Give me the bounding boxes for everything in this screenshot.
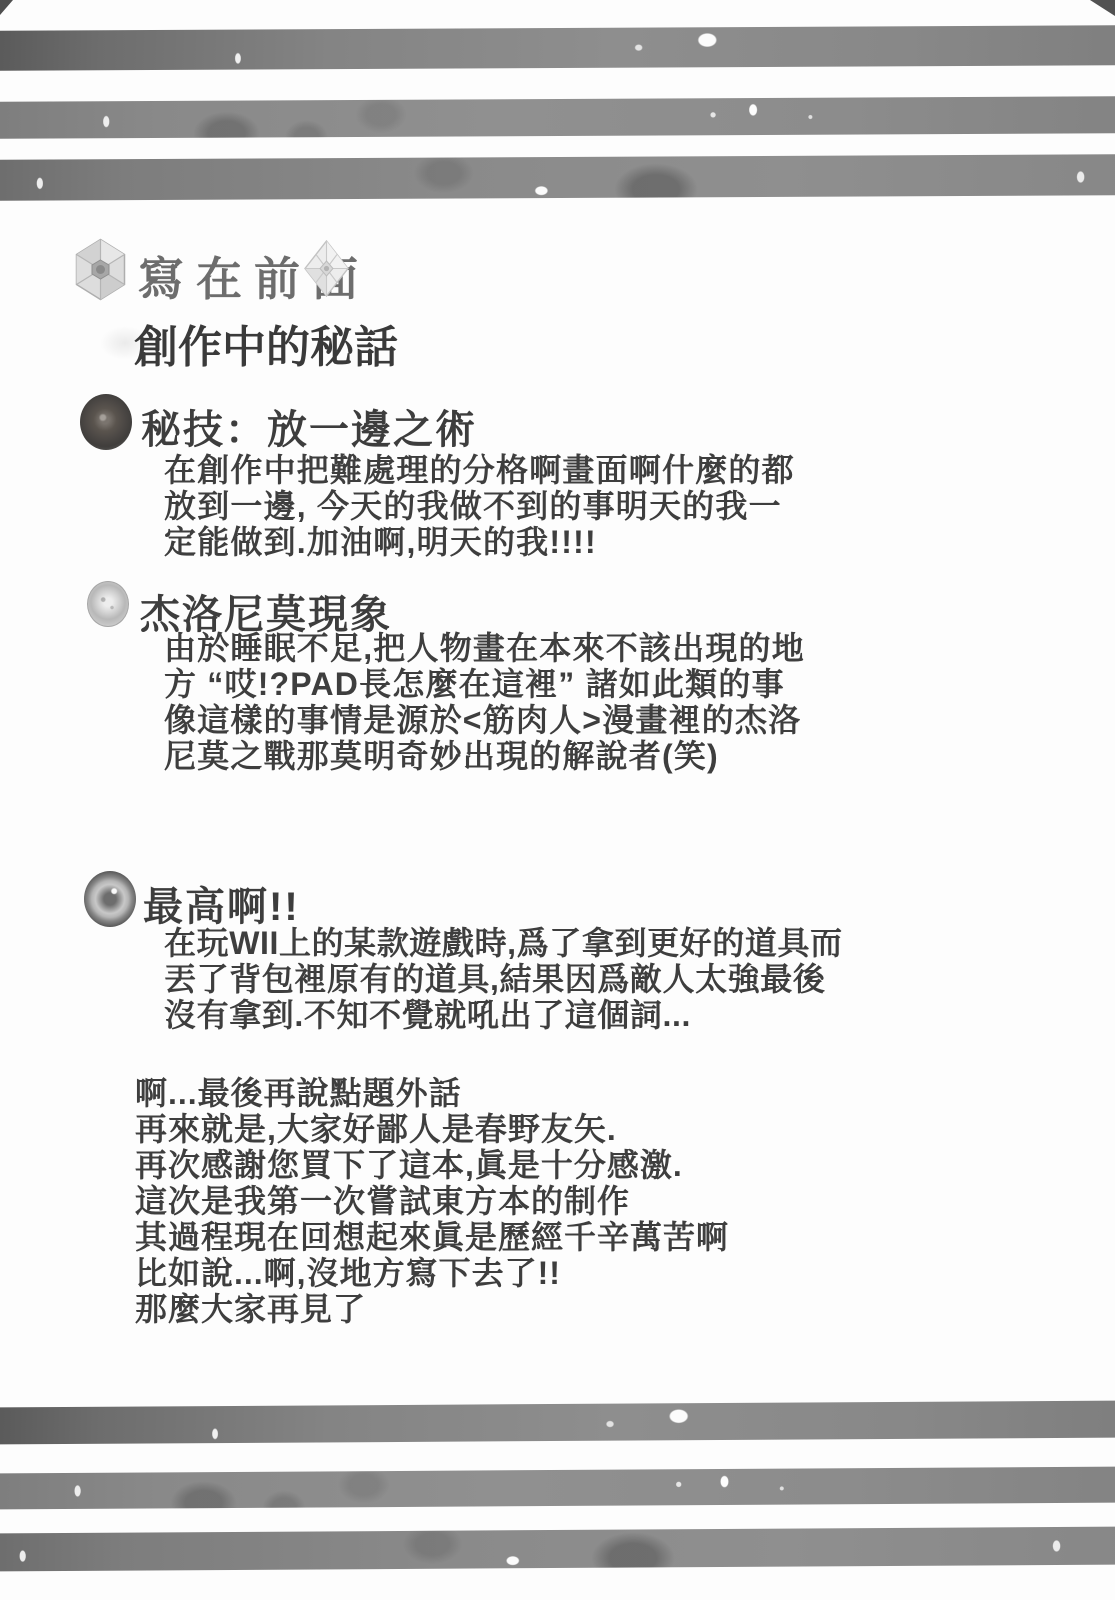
section-heading: 最高啊!!	[143, 875, 300, 932]
section-heading: 秘技：放一邊之術	[141, 398, 477, 455]
closing-line: 其過程現在回想起來眞是歷經千辛萬苦啊	[135, 1219, 729, 1255]
section-title: 創作中的秘話	[134, 311, 398, 375]
body-line: 由於睡眠不足,把人物畫在本來不該出現的地	[164, 630, 805, 666]
closing-line: 這次是我第一次嘗試東方本的制作	[135, 1183, 729, 1219]
section-body: 在玩WII上的某款遊戲時,爲了拿到更好的道具而 丟了背包裡原有的道具,結果因爲敵…	[164, 925, 843, 1033]
body-line: 在玩WII上的某款遊戲時,爲了拿到更好的道具而	[164, 925, 843, 961]
top-stripe-3	[0, 154, 1115, 201]
body-line: 在創作中把難處理的分格啊畫面啊什麼的都	[164, 452, 795, 488]
section-body: 由於睡眠不足,把人物畫在本來不該出現的地 方 “哎!?PAD長怎麼在這裡” 諸如…	[164, 630, 805, 774]
body-line: 方 “哎!?PAD長怎麼在這裡” 諸如此類的事	[164, 666, 805, 702]
body-line: 定能做到.加油啊,明天的我!!!!	[164, 524, 795, 560]
closing-paragraph: 啊...最後再說點題外話 再來就是,大家好鄙人是春野友矢. 再次感謝您買下了這本…	[135, 1075, 729, 1327]
closing-line: 啊...最後再說點題外話	[135, 1075, 729, 1111]
bottom-stripe-2	[0, 1467, 1115, 1510]
bottom-stripe-3	[0, 1527, 1115, 1572]
scanned-afterword-page: 寫在前面 創作中的秘話 秘技：放一邊之術 在創作中把難處理的分格啊畫面啊什麼的都…	[0, 0, 1115, 1600]
bottom-stripe-1	[0, 1401, 1115, 1445]
hexagon-gem-icon	[74, 238, 127, 301]
top-stripe-1	[0, 25, 1115, 71]
section-body: 在創作中把難處理的分格啊畫面啊什麼的都 放到一邊, 今天的我做不到的事明天的我一…	[164, 452, 795, 560]
ringed-orb-gem-icon	[84, 871, 136, 927]
scan-artifact-top-right	[1090, 0, 1115, 16]
closing-line: 那麼大家再見了	[135, 1291, 729, 1327]
light-orb-gem-icon	[87, 581, 129, 627]
diamond-gem-icon	[303, 239, 350, 298]
closing-line: 再來就是,大家好鄙人是春野友矢.	[135, 1111, 729, 1147]
dark-orb-gem-icon	[80, 394, 132, 450]
scan-artifact-top-left	[0, 0, 13, 15]
closing-line: 比如說...啊,沒地方寫下去了!!	[135, 1255, 729, 1291]
body-line: 尼莫之戰那莫明奇妙出現的解說者(笑)	[164, 738, 805, 774]
body-line: 放到一邊, 今天的我做不到的事明天的我一	[164, 488, 795, 524]
closing-line: 再次感謝您買下了這本,眞是十分感激.	[135, 1147, 729, 1183]
body-line: 像這樣的事情是源於<筋肉人>漫畫裡的杰洛	[164, 702, 805, 738]
top-stripe-2	[0, 96, 1115, 139]
body-line: 丟了背包裡原有的道具,結果因爲敵人太強最後	[164, 961, 843, 997]
body-line: 沒有拿到.不知不覺就吼出了這個詞...	[164, 997, 843, 1033]
